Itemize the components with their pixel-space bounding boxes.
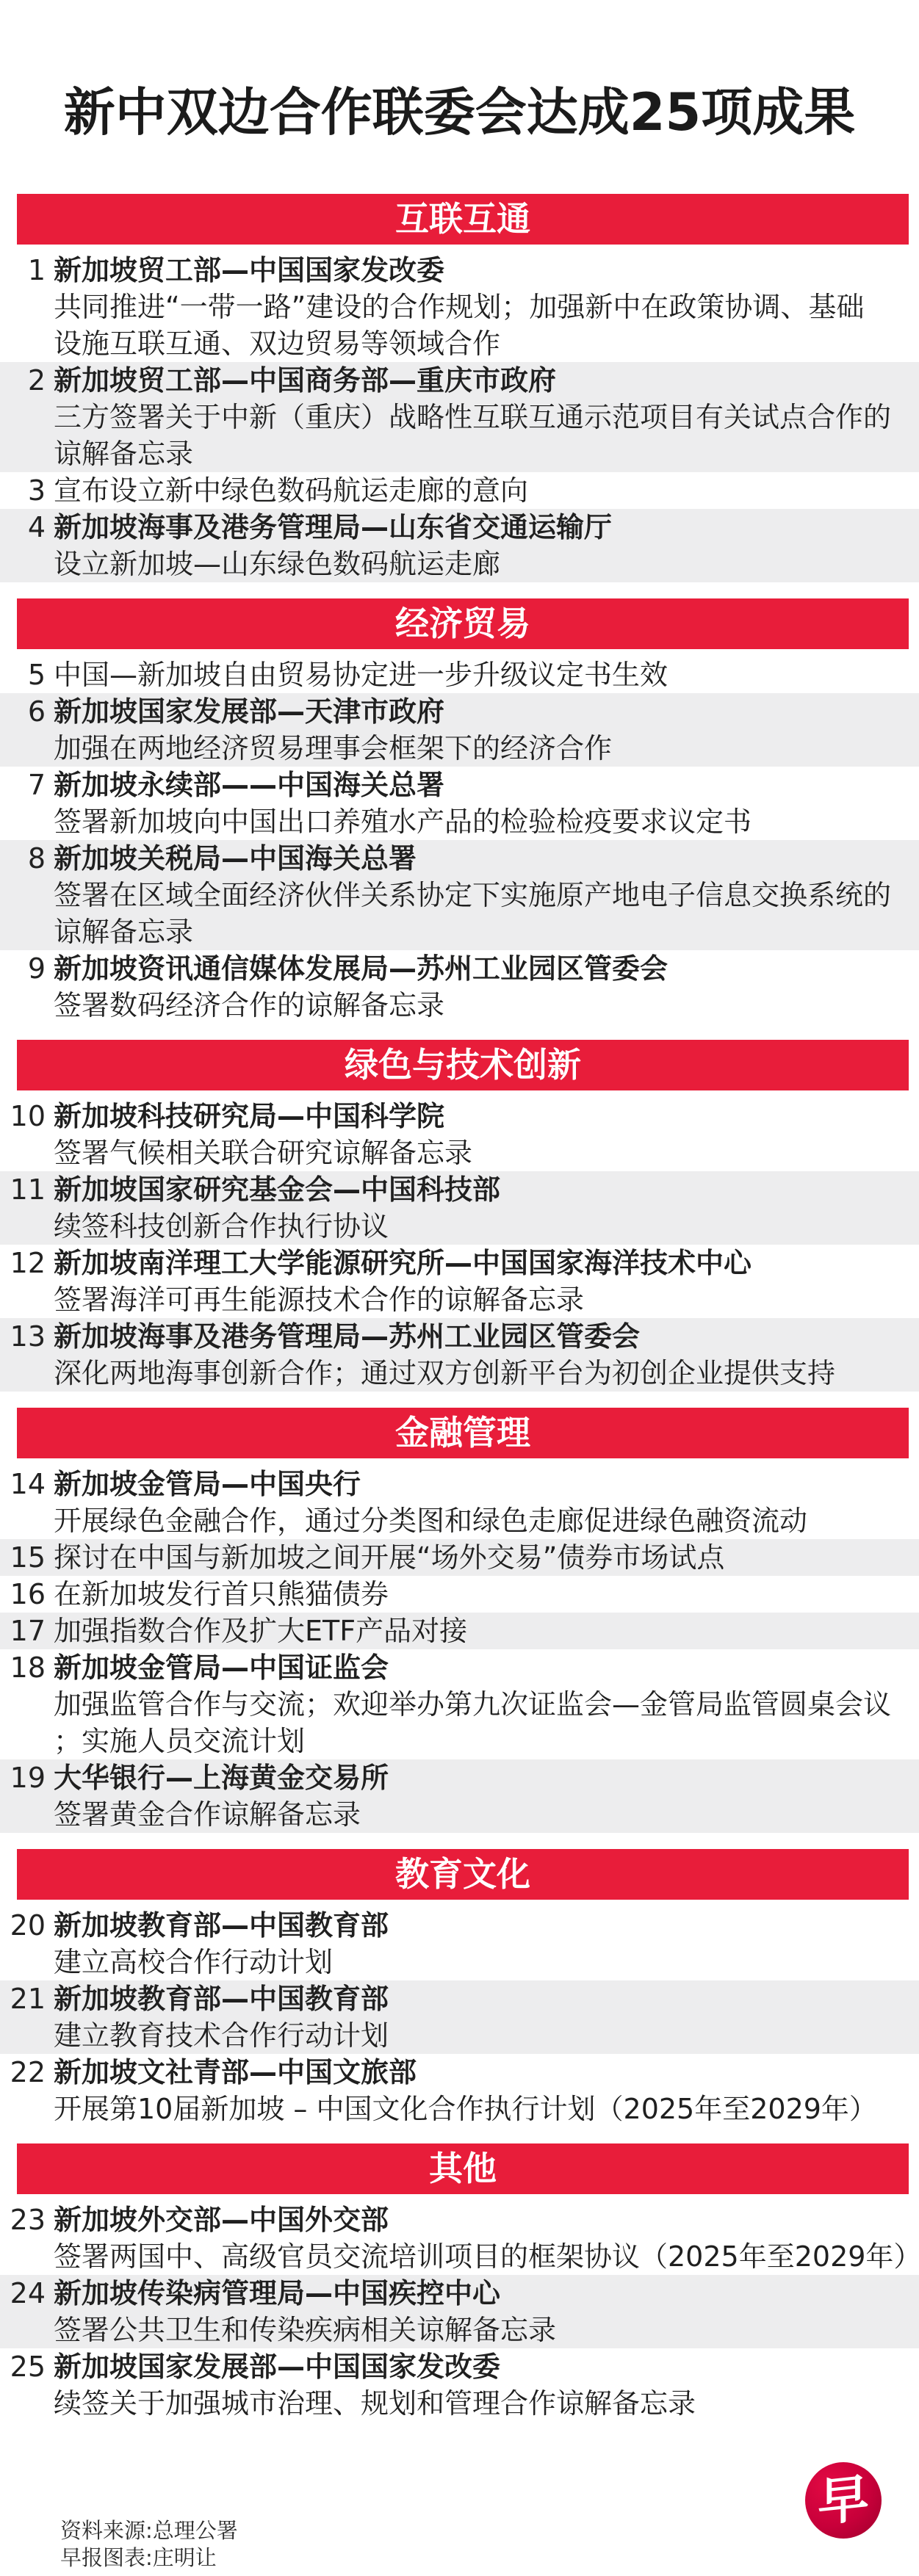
footer-credits: 资料来源:总理公署 早报图表:庄明让 — [60, 2517, 238, 2572]
item-title: 新加坡关税局—中国海关总署 — [54, 840, 919, 877]
infographic-header: 新中双边合作联委会达成25项成果 — [0, 0, 919, 194]
item-title: 新加坡教育部—中国教育部 — [54, 1980, 919, 2017]
outcome-item: 16 在新加坡发行首只熊猫债券 — [0, 1576, 919, 1613]
item-number: 17 — [0, 1613, 46, 1649]
section-heading: 其他 — [17, 2143, 909, 2194]
item-title: 新加坡国家发展部—天津市政府 — [54, 693, 919, 730]
outcome-item: 7 新加坡永续部——中国海关总署 签署新加坡向中国出口养殖水产品的检验检疫要求议… — [0, 767, 919, 840]
item-description: 深化两地海事创新合作；通过双方创新平台为初创企业提供支持 — [54, 1355, 919, 1392]
item-number: 25 — [0, 2348, 46, 2385]
section-heading: 教育文化 — [17, 1849, 909, 1900]
outcome-item: 5 中国—新加坡自由贸易协定进一步升级议定书生效 — [0, 656, 919, 693]
item-description: 三方签署关于中新（重庆）战略性互联互通示范项目有关试点合作的 — [54, 399, 919, 435]
zaobao-logo-icon: 早 — [805, 2462, 882, 2539]
outcome-item: 25 新加坡国家发展部—中国国家发改委 续签关于加强城市治理、规划和管理合作谅解… — [0, 2348, 919, 2422]
outcome-item: 18 新加坡金管局—中国证监会 加强监管合作与交流；欢迎举办第九次证监会—金管局… — [0, 1649, 919, 1759]
item-number: 5 — [0, 656, 46, 693]
item-list: 20 新加坡教育部—中国教育部 建立高校合作行动计划 21 新加坡教育部—中国教… — [0, 1900, 919, 2143]
outcome-item: 24 新加坡传染病管理局—中国疾控中心 签署公共卫生和传染疾病相关谅解备忘录 — [0, 2275, 919, 2348]
outcome-item: 4 新加坡海事及港务管理局—山东省交通运输厅 设立新加坡—山东绿色数码航运走廊 — [0, 509, 919, 582]
item-title: 大华银行—上海黄金交易所 — [54, 1759, 919, 1796]
item-text: 宣布设立新中绿色数码航运走廊的意向 — [54, 472, 919, 509]
item-description: 谅解备忘录 — [54, 913, 919, 950]
item-number: 8 — [0, 840, 46, 877]
outcome-item: 15 探讨在中国与新加坡之间开展“场外交易”债券市场试点 — [0, 1539, 919, 1576]
section-economy-trade: 经济贸易 5 中国—新加坡自由贸易协定进一步升级议定书生效 6 新加坡国家发展部… — [0, 598, 919, 1040]
item-number: 15 — [0, 1539, 46, 1576]
item-description: 开展第10届新加坡 – 中国文化合作执行计划（2025年至2029年） — [54, 2091, 919, 2127]
item-description: 签署新加坡向中国出口养殖水产品的检验检疫要求议定书 — [54, 803, 919, 840]
item-number: 1 — [0, 252, 46, 289]
item-number: 2 — [0, 362, 46, 399]
item-number: 9 — [0, 950, 46, 987]
item-title: 新加坡外交部—中国外交部 — [54, 2201, 919, 2238]
item-title: 新加坡贸工部—中国国家发改委 — [54, 252, 919, 289]
item-title: 新加坡教育部—中国教育部 — [54, 1907, 919, 1944]
item-description: 续签关于加强城市治理、规划和管理合作谅解备忘录 — [54, 2385, 919, 2422]
item-title: 新加坡金管局—中国证监会 — [54, 1649, 919, 1686]
item-description: ；实施人员交流计划 — [54, 1723, 919, 1759]
outcome-item: 3 宣布设立新中绿色数码航运走廊的意向 — [0, 472, 919, 509]
page-title: 新中双边合作联委会达成25项成果 — [0, 83, 919, 142]
section-heading: 互联互通 — [17, 194, 909, 245]
item-description: 谅解备忘录 — [54, 435, 919, 472]
item-description: 建立高校合作行动计划 — [54, 1944, 919, 1980]
item-description: 续签科技创新合作执行协议 — [54, 1208, 919, 1245]
outcome-item: 8 新加坡关税局—中国海关总署 签署在区域全面经济伙伴关系协定下实施原产地电子信… — [0, 840, 919, 950]
section-connectivity: 互联互通 1 新加坡贸工部—中国国家发改委 共同推进“一带一路”建设的合作规划；… — [0, 194, 919, 598]
section-heading: 金融管理 — [17, 1408, 909, 1458]
item-number: 4 — [0, 509, 46, 546]
outcome-item: 11 新加坡国家研究基金会—中国科技部 续签科技创新合作执行协议 — [0, 1171, 919, 1245]
section-green-tech-innovation: 绿色与技术创新 10 新加坡科技研究局—中国科学院 签署气候相关联合研究谅解备忘… — [0, 1040, 919, 1408]
item-title: 新加坡文社青部—中国文旅部 — [54, 2054, 919, 2091]
item-description: 签署两国中、高级官员交流培训项目的框架协议（2025年至2029年） — [54, 2238, 919, 2275]
logo-glyph: 早 — [818, 2462, 869, 2539]
source-note: 资料来源:总理公署 — [60, 2517, 238, 2544]
item-title: 新加坡传染病管理局—中国疾控中心 — [54, 2275, 919, 2312]
outcome-item: 10 新加坡科技研究局—中国科学院 签署气候相关联合研究谅解备忘录 — [0, 1098, 919, 1171]
item-text: 在新加坡发行首只熊猫债券 — [54, 1576, 919, 1613]
item-title: 新加坡金管局—中国央行 — [54, 1466, 919, 1502]
item-list: 5 中国—新加坡自由贸易协定进一步升级议定书生效 6 新加坡国家发展部—天津市政… — [0, 649, 919, 1040]
outcome-item: 2 新加坡贸工部—中国商务部—重庆市政府 三方签署关于中新（重庆）战略性互联互通… — [0, 362, 919, 472]
item-title: 新加坡贸工部—中国商务部—重庆市政府 — [54, 362, 919, 399]
item-number: 18 — [0, 1649, 46, 1686]
outcome-item: 23 新加坡外交部—中国外交部 签署两国中、高级官员交流培训项目的框架协议（20… — [0, 2201, 919, 2275]
item-number: 21 — [0, 1980, 46, 2017]
item-description: 建立教育技术合作行动计划 — [54, 2017, 919, 2054]
item-number: 10 — [0, 1098, 46, 1135]
item-title: 新加坡南洋理工大学能源研究所—中国国家海洋技术中心 — [54, 1245, 919, 1281]
item-description: 加强在两地经济贸易理事会框架下的经济合作 — [54, 730, 919, 767]
item-title: 新加坡国家研究基金会—中国科技部 — [54, 1171, 919, 1208]
item-description: 签署公共卫生和传染疾病相关谅解备忘录 — [54, 2312, 919, 2348]
item-description: 签署海洋可再生能源技术合作的谅解备忘录 — [54, 1281, 919, 1318]
outcome-item: 21 新加坡教育部—中国教育部 建立教育技术合作行动计划 — [0, 1980, 919, 2054]
item-title: 新加坡资讯通信媒体发展局—苏州工业园区管委会 — [54, 950, 919, 987]
item-description: 设施互联互通、双边贸易等领域合作 — [54, 325, 919, 362]
item-list: 10 新加坡科技研究局—中国科学院 签署气候相关联合研究谅解备忘录 11 新加坡… — [0, 1090, 919, 1408]
item-text: 中国—新加坡自由贸易协定进一步升级议定书生效 — [54, 656, 919, 693]
outcome-item: 17 加强指数合作及扩大ETF产品对接 — [0, 1613, 919, 1649]
item-number: 12 — [0, 1245, 46, 1281]
item-number: 16 — [0, 1576, 46, 1613]
outcome-item: 1 新加坡贸工部—中国国家发改委 共同推进“一带一路”建设的合作规划；加强新中在… — [0, 252, 919, 362]
item-list: 1 新加坡贸工部—中国国家发改委 共同推进“一带一路”建设的合作规划；加强新中在… — [0, 245, 919, 598]
item-number: 19 — [0, 1759, 46, 1796]
outcome-item: 19 大华银行—上海黄金交易所 签署黄金合作谅解备忘录 — [0, 1759, 919, 1833]
item-number: 22 — [0, 2054, 46, 2091]
outcome-item: 14 新加坡金管局—中国央行 开展绿色金融合作，通过分类图和绿色走廊促进绿色融资… — [0, 1466, 919, 1539]
item-number: 3 — [0, 472, 46, 509]
item-description: 开展绿色金融合作，通过分类图和绿色走廊促进绿色融资流动 — [54, 1502, 919, 1539]
item-title: 新加坡海事及港务管理局—山东省交通运输厅 — [54, 509, 919, 546]
item-title: 新加坡国家发展部—中国国家发改委 — [54, 2348, 919, 2385]
section-finance: 金融管理 14 新加坡金管局—中国央行 开展绿色金融合作，通过分类图和绿色走廊促… — [0, 1408, 919, 1849]
outcome-item: 20 新加坡教育部—中国教育部 建立高校合作行动计划 — [0, 1907, 919, 1980]
outcome-item: 6 新加坡国家发展部—天津市政府 加强在两地经济贸易理事会框架下的经济合作 — [0, 693, 919, 767]
section-heading: 绿色与技术创新 — [17, 1040, 909, 1090]
item-number: 23 — [0, 2201, 46, 2238]
section-others: 其他 23 新加坡外交部—中国外交部 签署两国中、高级官员交流培训项目的框架协议… — [0, 2143, 919, 2438]
item-description: 签署在区域全面经济伙伴关系协定下实施原产地电子信息交换系统的 — [54, 877, 919, 913]
item-title: 新加坡海事及港务管理局—苏州工业园区管委会 — [54, 1318, 919, 1355]
item-number: 11 — [0, 1171, 46, 1208]
item-number: 7 — [0, 767, 46, 803]
item-number: 14 — [0, 1466, 46, 1502]
outcome-item: 22 新加坡文社青部—中国文旅部 开展第10届新加坡 – 中国文化合作执行计划（… — [0, 2054, 919, 2127]
item-number: 13 — [0, 1318, 46, 1355]
item-number: 20 — [0, 1907, 46, 1944]
item-description: 加强监管合作与交流；欢迎举办第九次证监会—金管局监管圆桌会议 — [54, 1686, 919, 1723]
item-description: 共同推进“一带一路”建设的合作规划；加强新中在政策协调、基础 — [54, 289, 919, 325]
item-title: 新加坡科技研究局—中国科学院 — [54, 1098, 919, 1135]
item-title: 新加坡永续部——中国海关总署 — [54, 767, 919, 803]
section-education-culture: 教育文化 20 新加坡教育部—中国教育部 建立高校合作行动计划 21 新加坡教育… — [0, 1849, 919, 2143]
item-text: 加强指数合作及扩大ETF产品对接 — [54, 1613, 919, 1649]
item-text: 探讨在中国与新加坡之间开展“场外交易”债券市场试点 — [54, 1539, 919, 1576]
item-list: 23 新加坡外交部—中国外交部 签署两国中、高级官员交流培训项目的框架协议（20… — [0, 2194, 919, 2438]
item-description: 签署黄金合作谅解备忘录 — [54, 1796, 919, 1833]
outcome-item: 12 新加坡南洋理工大学能源研究所—中国国家海洋技术中心 签署海洋可再生能源技术… — [0, 1245, 919, 1318]
item-list: 14 新加坡金管局—中国央行 开展绿色金融合作，通过分类图和绿色走廊促进绿色融资… — [0, 1458, 919, 1849]
item-description: 设立新加坡—山东绿色数码航运走廊 — [54, 546, 919, 582]
item-description: 签署数码经济合作的谅解备忘录 — [54, 987, 919, 1024]
item-number: 24 — [0, 2275, 46, 2312]
item-description: 签署气候相关联合研究谅解备忘录 — [54, 1135, 919, 1171]
outcome-item: 9 新加坡资讯通信媒体发展局—苏州工业园区管委会 签署数码经济合作的谅解备忘录 — [0, 950, 919, 1024]
graphic-credit: 早报图表:庄明让 — [60, 2544, 238, 2572]
item-number: 6 — [0, 693, 46, 730]
outcome-item: 13 新加坡海事及港务管理局—苏州工业园区管委会 深化两地海事创新合作；通过双方… — [0, 1318, 919, 1392]
section-heading: 经济贸易 — [17, 598, 909, 649]
